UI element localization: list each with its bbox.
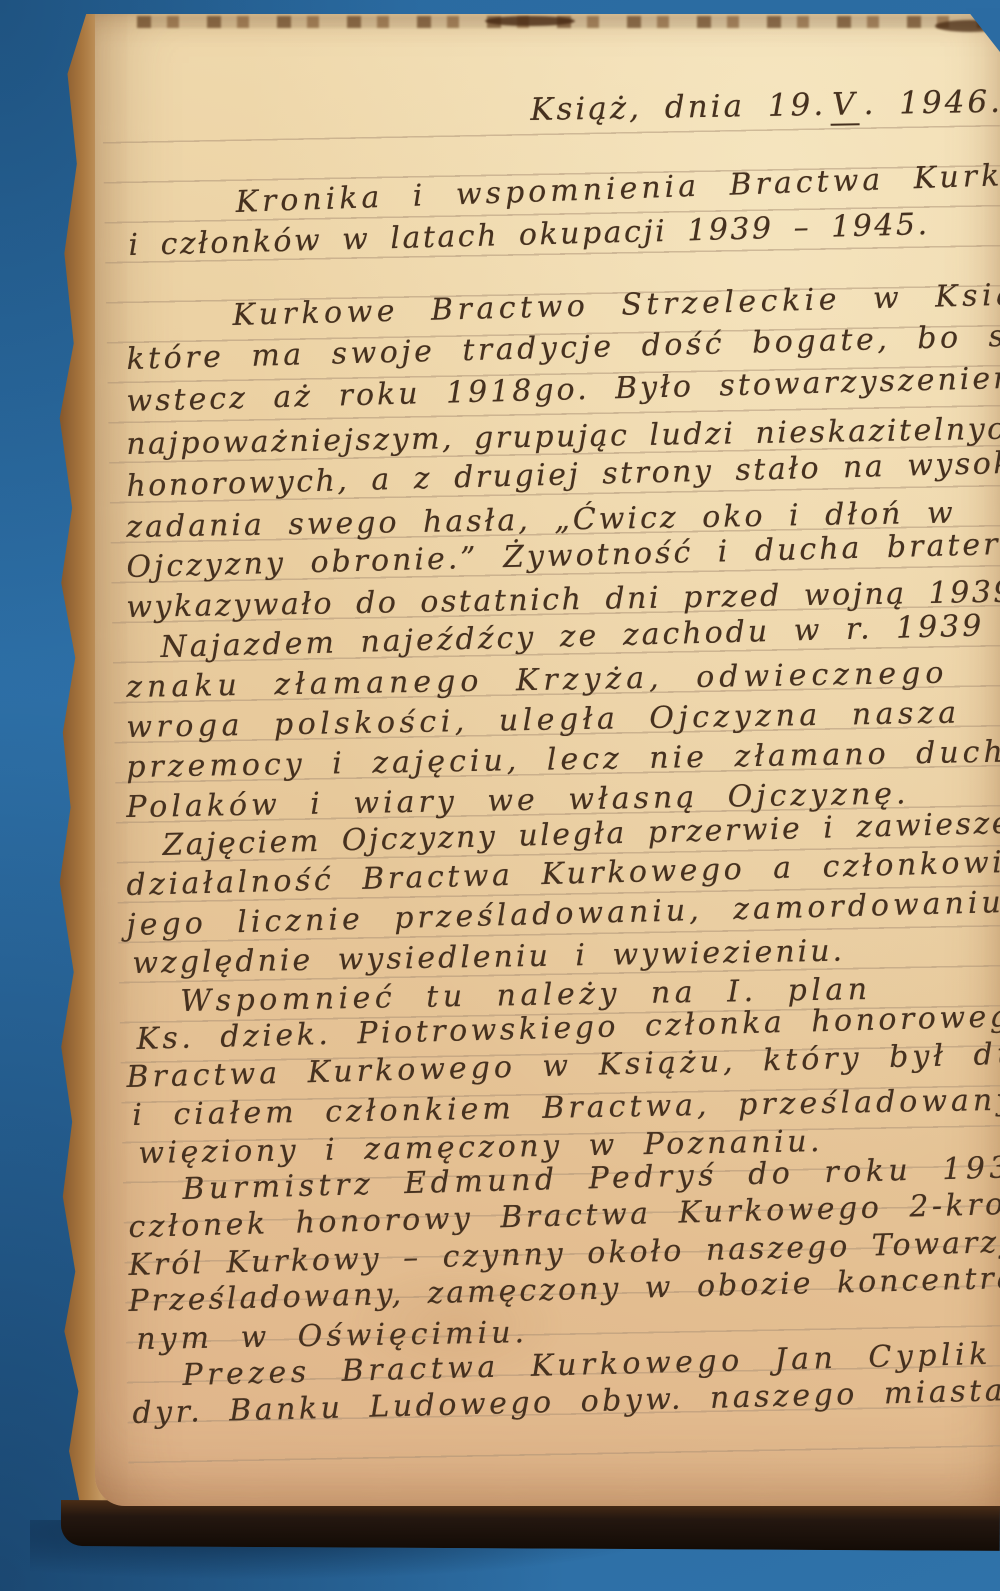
- dateline: Książ, dnia 19.V. 1946.: [530, 84, 1000, 128]
- handwriting-layer: Książ, dnia 19.V. 1946. Kronika i wspomn…: [0, 0, 1000, 1591]
- dateline-year: . 1946.: [863, 84, 1000, 122]
- dateline-month-numeral: V: [830, 86, 860, 126]
- photo-of-notebook: Książ, dnia 19.V. 1946. Kronika i wspomn…: [0, 0, 1000, 1591]
- dateline-place-day: Książ, dnia 19.: [530, 87, 826, 128]
